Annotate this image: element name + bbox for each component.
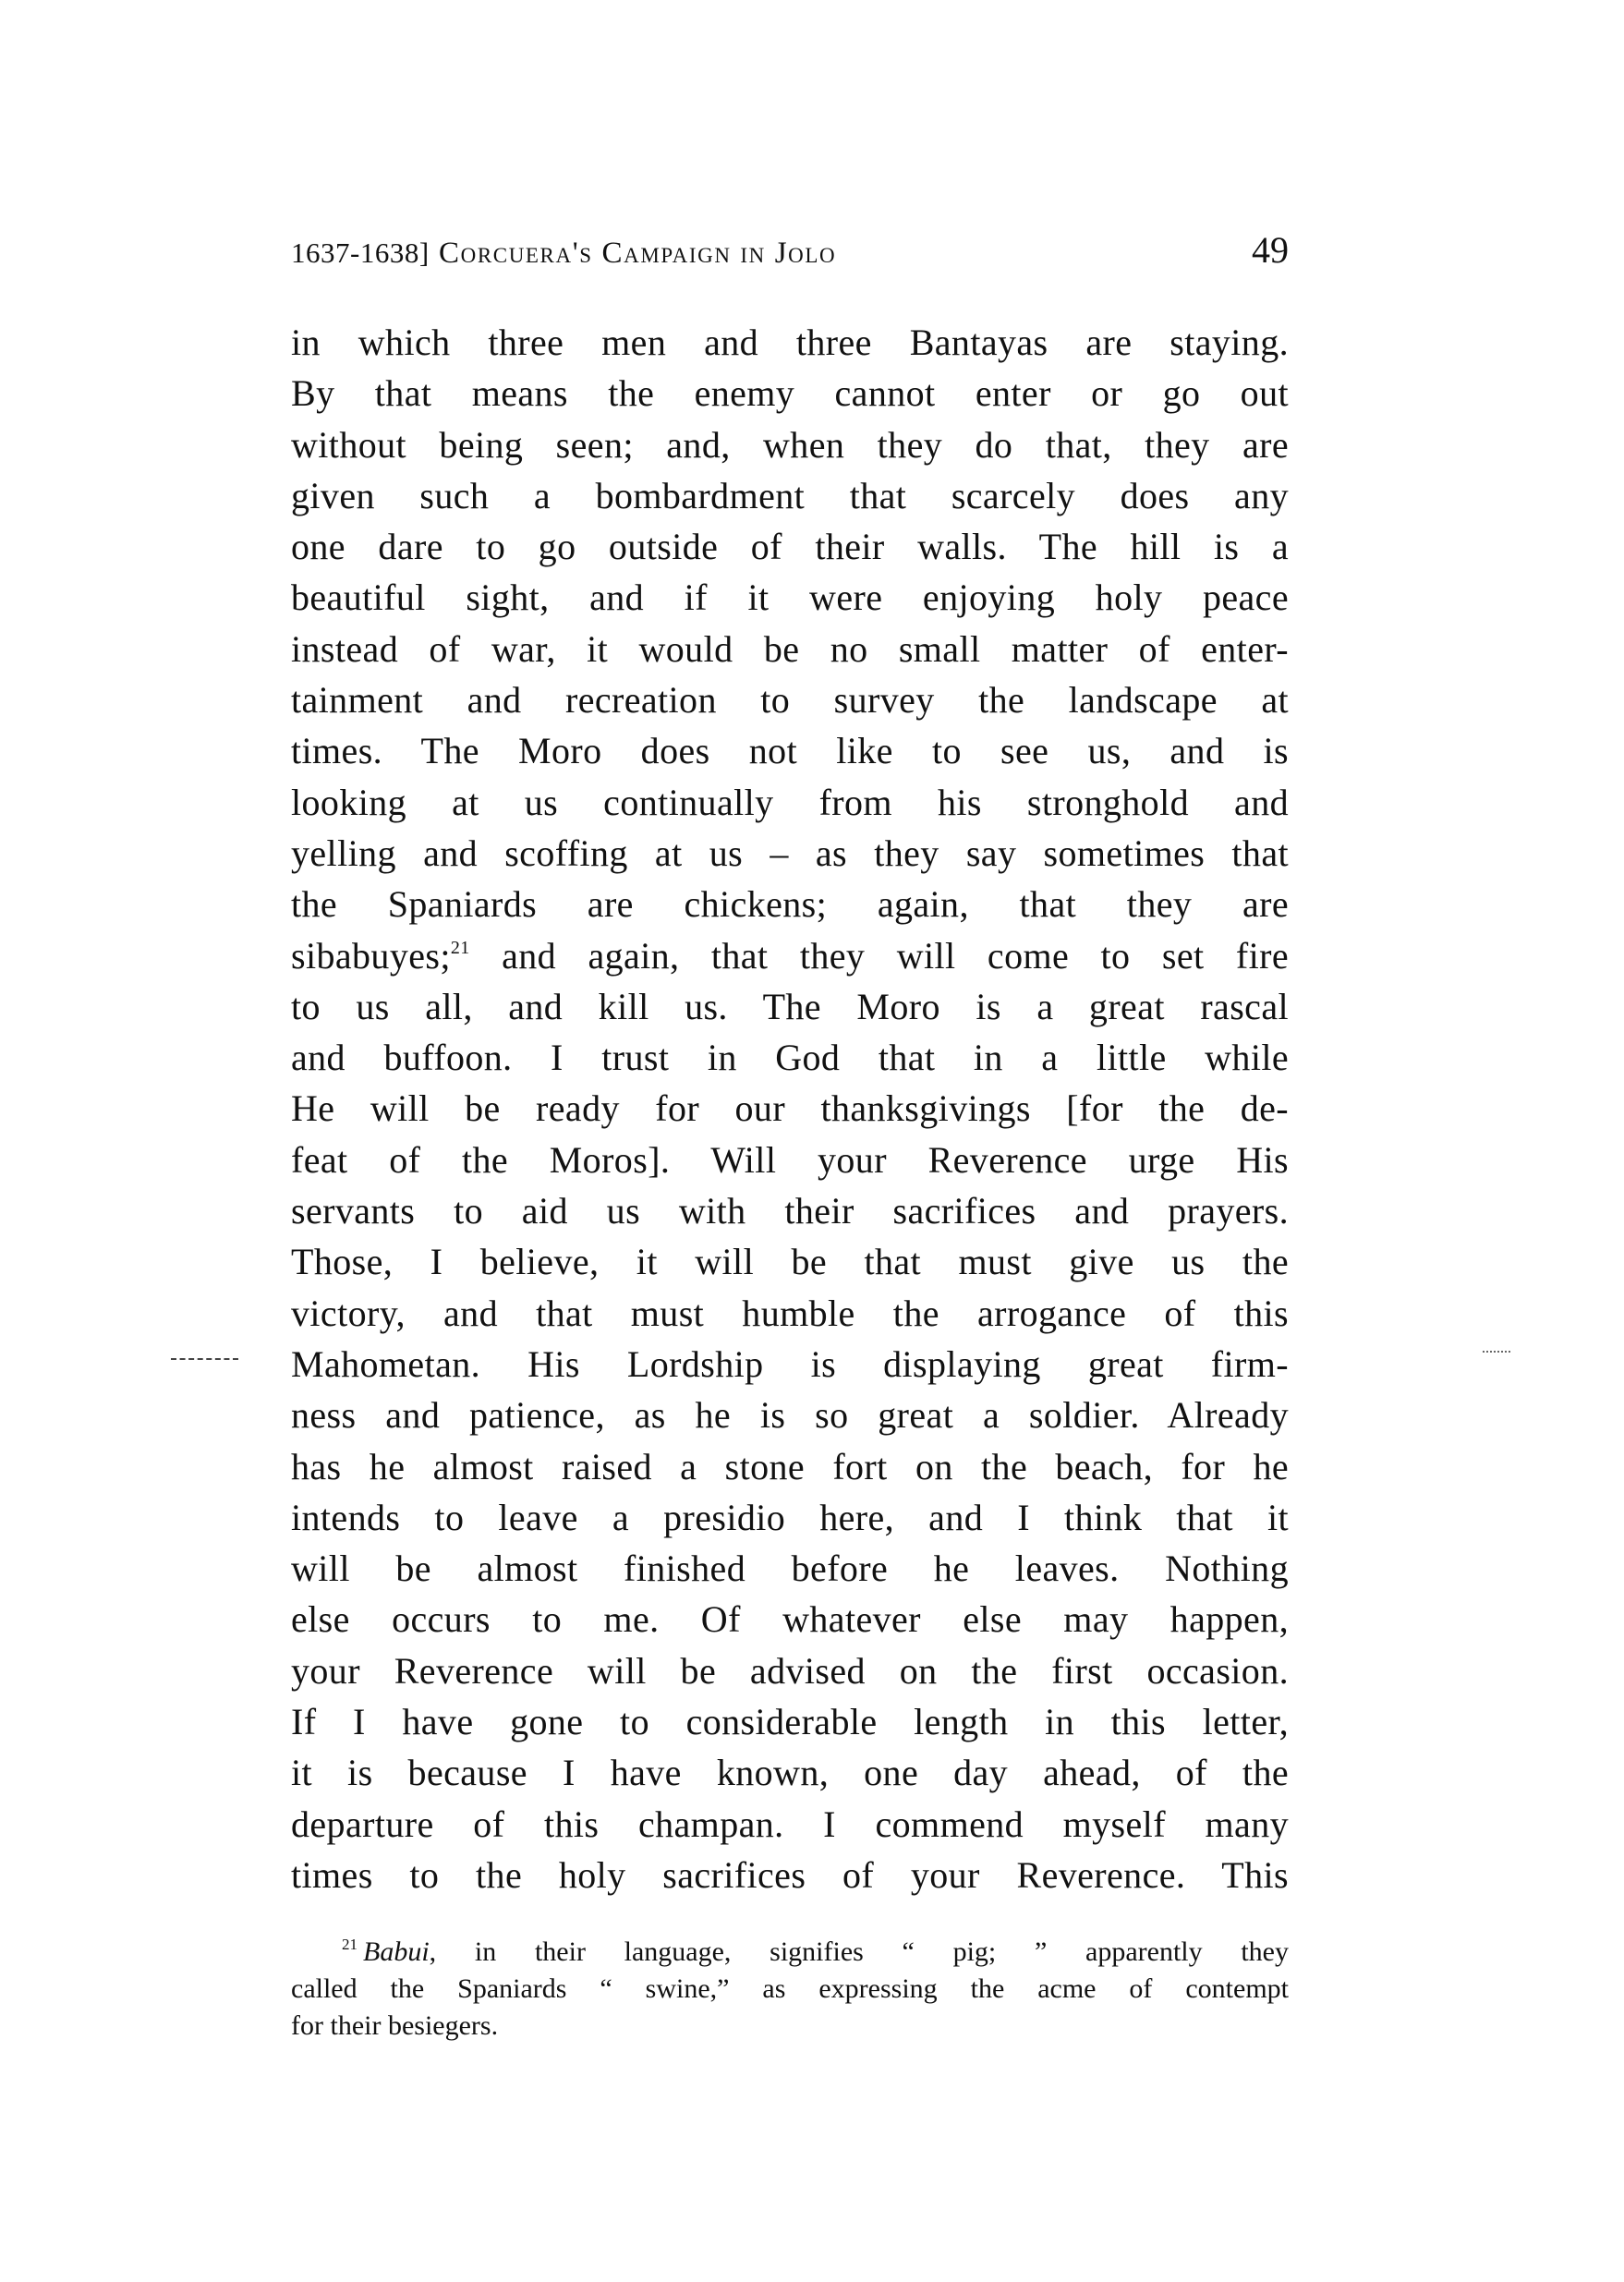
text-line: ness and patience, as he is so great a s… bbox=[291, 1390, 1289, 1440]
text-line: Those, I believe, it will be that must g… bbox=[291, 1236, 1289, 1287]
book-page: 1637-1638] Corcuera's Campaign in Jolo 4… bbox=[0, 0, 1624, 2282]
text-line: will be almost finished before he leaves… bbox=[291, 1543, 1289, 1594]
footnote-term: Babui bbox=[363, 1936, 430, 1967]
margin-mark bbox=[1483, 1351, 1510, 1353]
text-line: in which three men and three Bantayas ar… bbox=[291, 317, 1289, 368]
text-line: has he almost raised a stone fort on the… bbox=[291, 1441, 1289, 1492]
footnote-line: 21Babui, in their language, signifies “ … bbox=[291, 1934, 1289, 1971]
text-line: the Spaniards are chickens; again, that … bbox=[291, 879, 1289, 929]
text-line: beautiful sight, and if it were enjoying… bbox=[291, 572, 1289, 623]
footnotes: 21Babui, in their language, signifies “ … bbox=[291, 1934, 1289, 2045]
footnote-reference[interactable]: 21 bbox=[451, 938, 470, 958]
text-line: If I have gone to considerable length in… bbox=[291, 1696, 1289, 1747]
text-fragment: and again, that they will come to set fi… bbox=[470, 935, 1289, 977]
text-line: yelling and scoffing at us – as they say… bbox=[291, 828, 1289, 879]
footnote-text: , in their language, signifies “ pig; ” … bbox=[430, 1936, 1289, 1967]
text-line: intends to leave a presidio here, and I … bbox=[291, 1492, 1289, 1543]
running-head-dates: 1637-1638] bbox=[291, 233, 430, 273]
text-line-with-note: sibabuyes;21 and again, that they will c… bbox=[291, 930, 1289, 981]
text-line: times to the holy sacrifices of your Rev… bbox=[291, 1850, 1289, 1900]
margin-mark bbox=[171, 1358, 238, 1360]
text-line: given such a bombardment that scarcely d… bbox=[291, 470, 1289, 521]
running-head-title: Corcuera's Campaign in Jolo bbox=[439, 233, 836, 273]
text-line: departure of this champan. I commend mys… bbox=[291, 1799, 1289, 1850]
text-line: and buffoon. I trust in God that in a li… bbox=[291, 1032, 1289, 1083]
text-line: one dare to go outside of their walls. T… bbox=[291, 521, 1289, 572]
footnote-line: called the Spaniards “ swine,” as expres… bbox=[291, 1971, 1289, 2008]
text-line: your Reverence will be advised on the fi… bbox=[291, 1645, 1289, 1696]
text-fragment: sibabuyes; bbox=[291, 935, 451, 977]
running-head: 1637-1638] Corcuera's Campaign in Jolo 4… bbox=[291, 233, 1289, 273]
footnote-line: for their besiegers. bbox=[291, 2008, 1289, 2045]
footnote-marker: 21 bbox=[342, 1936, 358, 1953]
text-line: without being seen; and, when they do th… bbox=[291, 419, 1289, 470]
text-line: By that means the enemy cannot enter or … bbox=[291, 368, 1289, 419]
text-line: servants to aid us with their sacrifices… bbox=[291, 1185, 1289, 1236]
text-line: He will be ready for our thanksgivings [… bbox=[291, 1083, 1289, 1134]
text-line: instead of war, it would be no small mat… bbox=[291, 624, 1289, 674]
text-line: looking at us continually from his stron… bbox=[291, 777, 1289, 828]
text-line: tainment and recreation to survey the la… bbox=[291, 674, 1289, 725]
text-line: else occurs to me. Of whatever else may … bbox=[291, 1594, 1289, 1645]
text-line: to us all, and kill us. The Moro is a gr… bbox=[291, 981, 1289, 1032]
text-line: feat of the Moros]. Will your Reverence … bbox=[291, 1135, 1289, 1185]
text-line: victory, and that must humble the arroga… bbox=[291, 1288, 1289, 1339]
text-line: Mahometan. His Lordship is displaying gr… bbox=[291, 1339, 1289, 1390]
page-number: 49 bbox=[1252, 230, 1289, 271]
body-text: in which three men and three Bantayas ar… bbox=[291, 317, 1289, 1900]
text-line: it is because I have known, one day ahea… bbox=[291, 1747, 1289, 1798]
text-line: times. The Moro does not like to see us,… bbox=[291, 725, 1289, 776]
